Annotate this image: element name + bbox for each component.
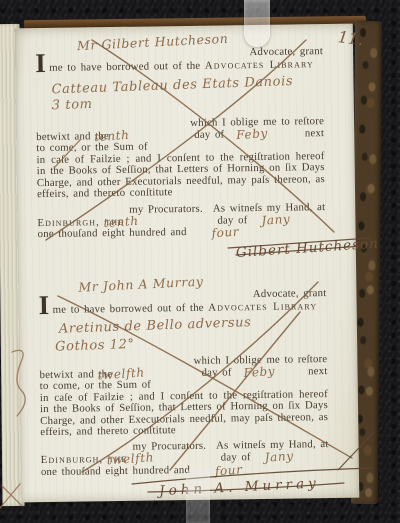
book-title-line1-handwritten: Aretinus de Bello adversus [59,315,252,337]
borrowing-entry-2: Mr John A Murray I Advocate, grant me to… [38,274,341,500]
form-grant-text: Advocate, grant [249,46,323,58]
year-word-handwritten: four [211,225,239,241]
borrower-signature: John A. Murray [159,475,320,499]
library-name: Advocates Library [208,300,317,314]
book-title-line1-handwritten: Catteau Tableau des Etats Danois [51,74,293,97]
form-borrow-line: me to have borrowed out of the Advocates… [49,59,314,74]
mounting-strip-bottom [186,466,210,523]
form-next: next [308,366,328,378]
form-next: next [305,128,325,140]
form-borrow-line: me to have borrowed out of the Advocates… [53,301,318,316]
form-year-line: one thouſand eight hundred and [38,227,187,240]
book-title-line2-handwritten: Gothos 12° [55,337,135,355]
form-failzie-paragraph: in caſe of Failzie ; and I conſent to th… [40,389,329,439]
borrowing-entry-1: Mr Gilbert Hutcheson I Advocate, grant m… [35,32,338,268]
library-name: Advocates Library [205,58,314,72]
issue-month-handwritten: Jany [264,449,294,465]
form-procurators: my Procurators. [129,204,203,216]
mounting-strip-top [244,0,270,47]
book-title-line2-handwritten: 3 tom [52,97,93,113]
form-grant-text: Advocate, grant [253,288,327,300]
year-word-handwritten: four [214,463,242,479]
page-number: 11. [337,27,365,49]
form-year-line: one thouſand eight hundred and [41,465,190,478]
form-failzie-paragraph: in caſe of Failzie ; and I conſent to th… [36,151,325,201]
ledger-page: 11. Mr Gilbert Hutcheson I Advocate, gra… [15,24,360,503]
